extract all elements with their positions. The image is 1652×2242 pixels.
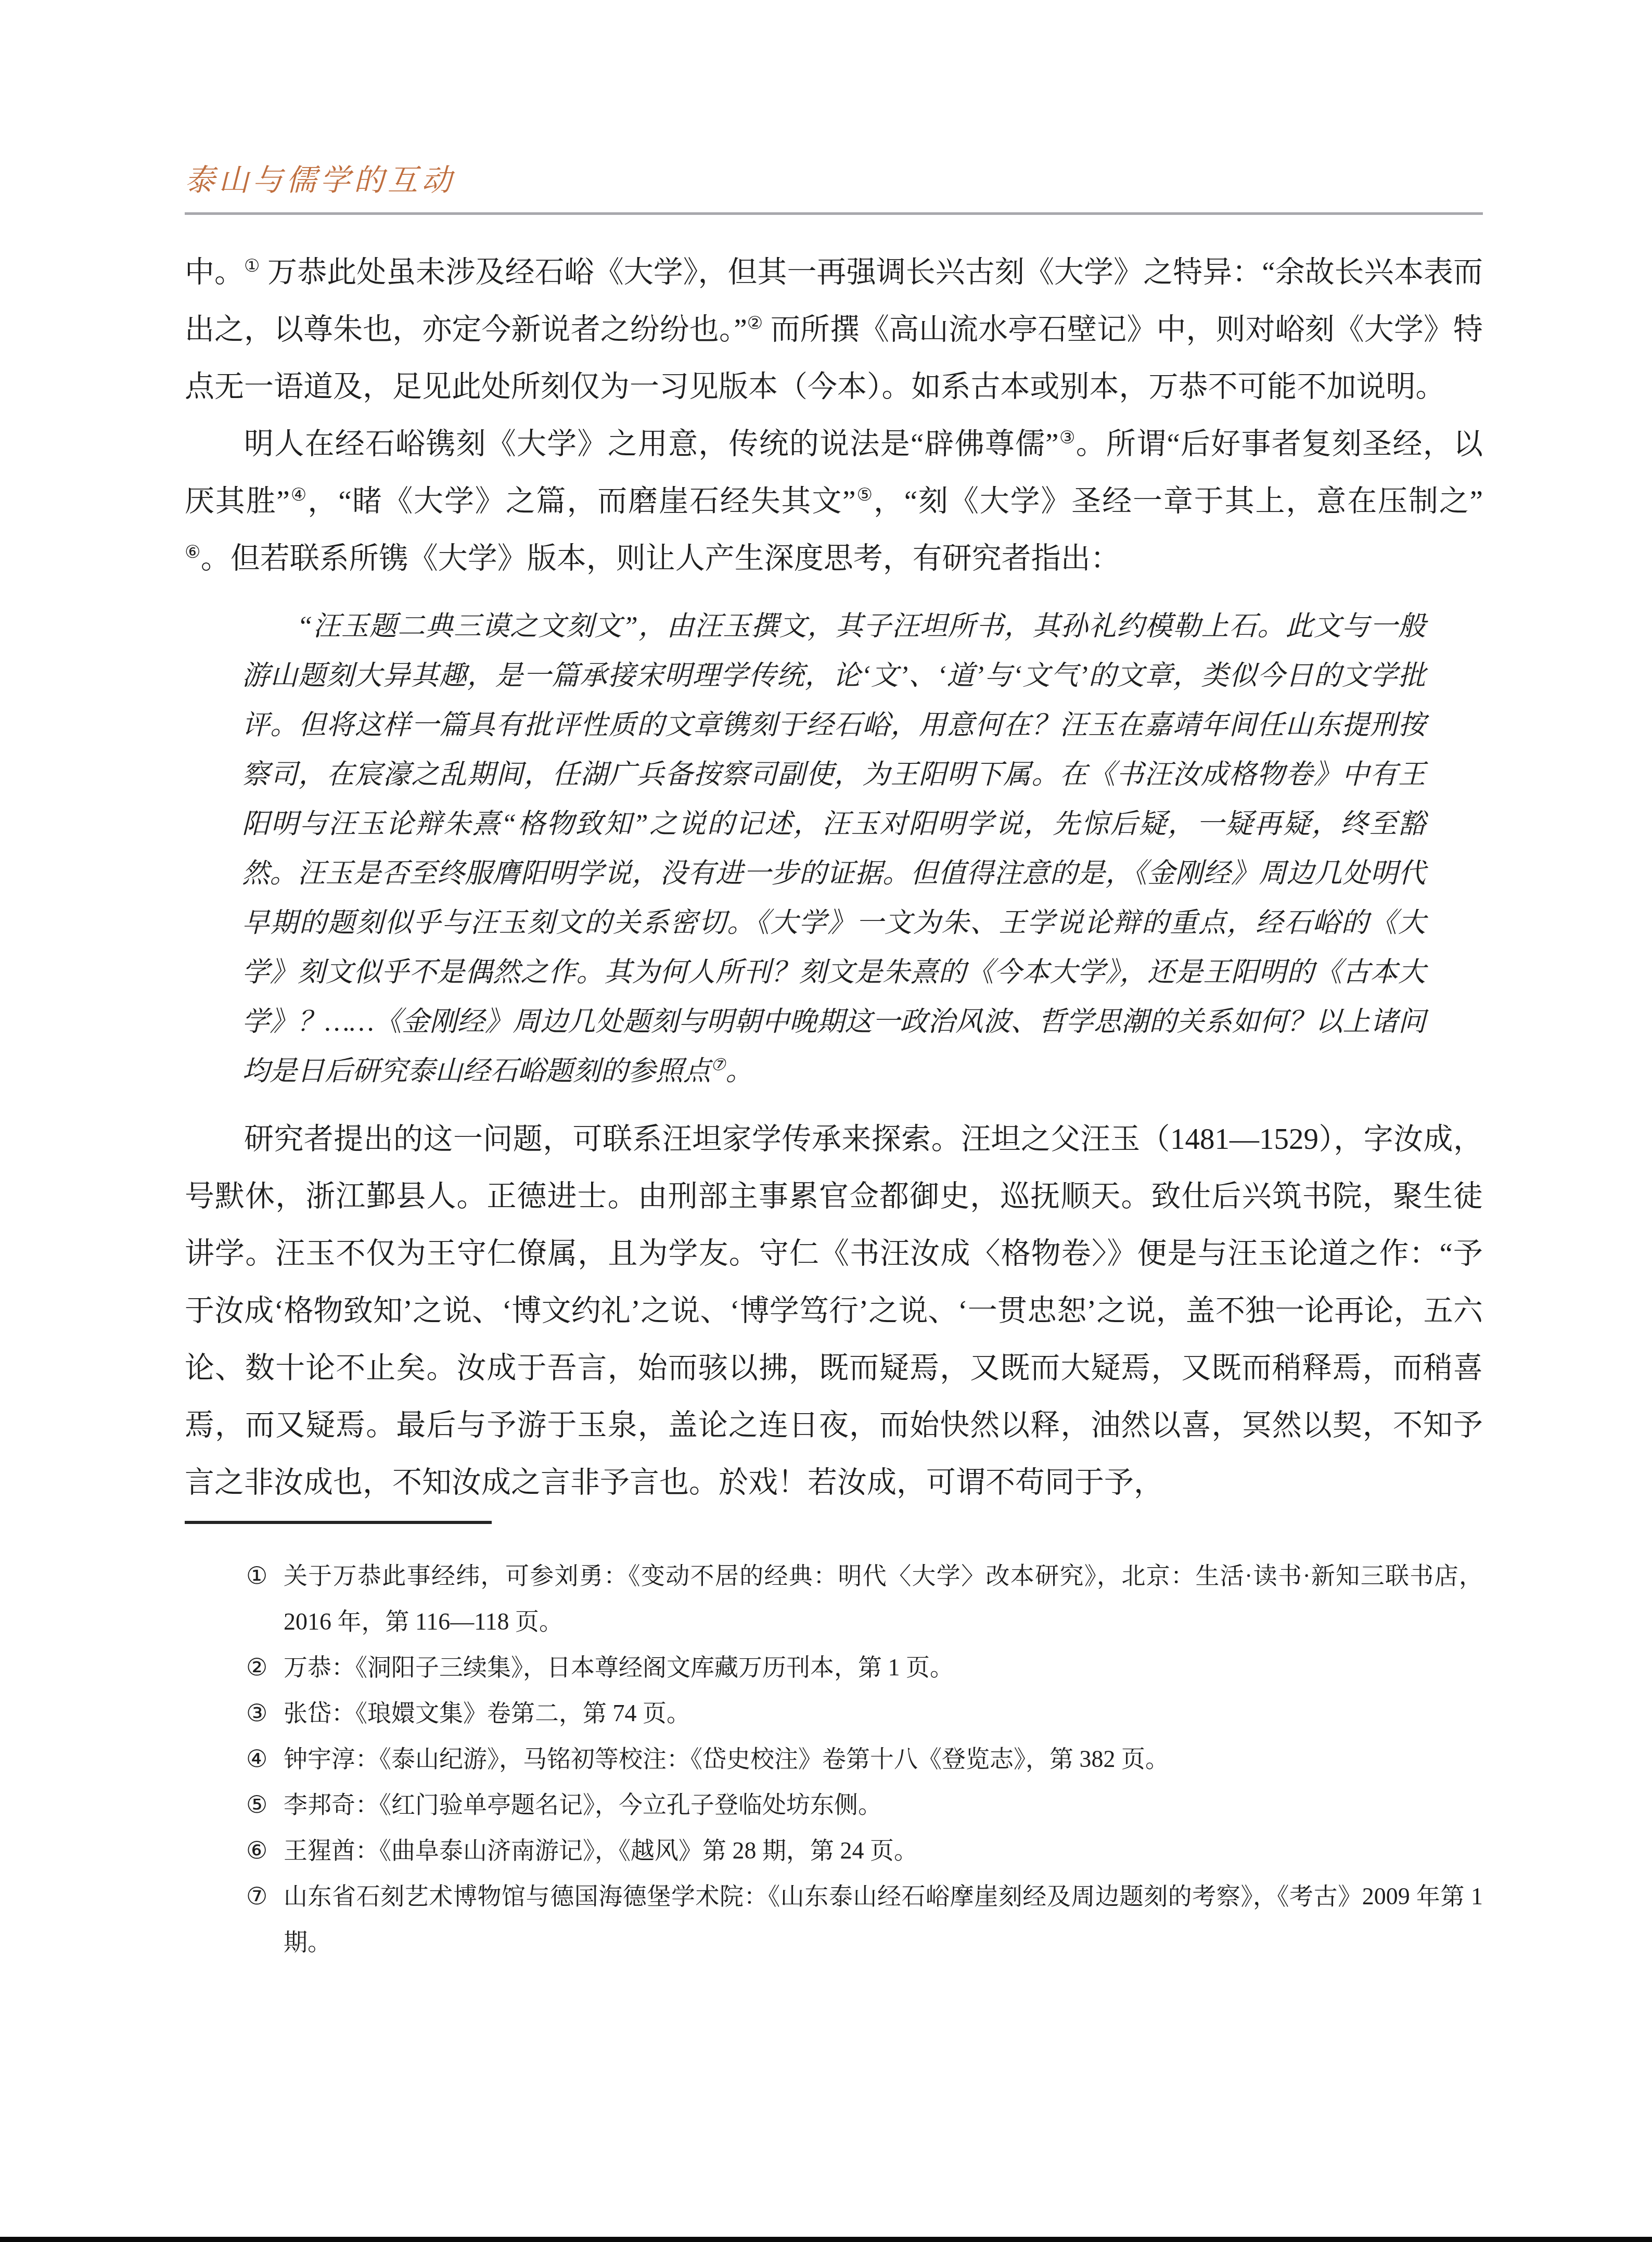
- footnote-marker: ②: [246, 1645, 267, 1690]
- book-page: 泰山与儒学的互动 中。① 万恭此处虽未涉及经石峪《大学》，但其一再强调长兴古刻《…: [0, 0, 1652, 2242]
- text-run: “汪玉题二典三谟之文刻文”，由汪玉撰文，其子汪坦所书，其孙礼约模勒上石。此文与一…: [242, 611, 1426, 1086]
- paragraph: 研究者提出的这一问题，可联系汪坦家学传承来探索。汪坦之父汪玉（1481—1529…: [185, 1111, 1483, 1511]
- footnote-item: ① 关于万恭此事经纬，可参刘勇：《变动不居的经典：明代〈大学〉改本研究》，北京：…: [185, 1553, 1483, 1645]
- footnote-text: 万恭：《洞阳子三续集》，日本尊经阁文库藏万历刊本，第 1 页。: [284, 1654, 954, 1681]
- footnote-ref: ①: [244, 257, 260, 276]
- footnote-item: ④ 钟宇淳：《泰山纪游》，马铭初等校注：《岱史校注》卷第十八《登览志》，第 38…: [185, 1736, 1483, 1782]
- footnote-ref: ③: [1059, 428, 1076, 447]
- footnote-text: 李邦奇：《红门验单亭题名记》，今立孔子登临处坊东侧。: [284, 1791, 882, 1818]
- footnote-marker: ①: [246, 1553, 267, 1599]
- footnote-marker: ⑥: [246, 1828, 267, 1874]
- running-header: 泰山与儒学的互动: [185, 162, 1483, 199]
- text-run: 研究者提出的这一问题，可联系汪坦家学传承来探索。汪坦之父汪玉（1481—1529…: [185, 1123, 1483, 1499]
- footnote-text: 张岱：《琅嬛文集》卷第二，第 74 页。: [284, 1700, 690, 1726]
- paragraph: 明人在经石峪镌刻《大学》之用意，传统的说法是“辟佛尊儒”③。所谓“后好事者复刻圣…: [185, 416, 1483, 587]
- text-run: 。但若联系所镌《大学》版本，则让人产生深度思考，有研究者指出：: [201, 542, 1120, 575]
- footnote-marker: ③: [246, 1690, 267, 1736]
- footnote-item: ⑥ 王猩酋：《曲阜泰山济南游记》，《越风》第 28 期，第 24 页。: [185, 1828, 1483, 1874]
- text-run: ，“刻《大学》圣经一章于其上，意在压制之”: [874, 485, 1483, 518]
- footnote-ref: ⑥: [185, 543, 201, 562]
- footnote-text: 钟宇淳：《泰山纪游》，马铭初等校注：《岱史校注》卷第十八《登览志》，第 382 …: [284, 1746, 1169, 1772]
- text-run: 中。: [185, 256, 244, 289]
- footnote-item: ③ 张岱：《琅嬛文集》卷第二，第 74 页。: [185, 1690, 1483, 1736]
- footnote-item: ⑤ 李邦奇：《红门验单亭题名记》，今立孔子登临处坊东侧。: [185, 1782, 1483, 1828]
- footnote-marker: ⑦: [246, 1874, 267, 1919]
- text-run: 。: [726, 1056, 753, 1086]
- footnote-ref: ④: [290, 485, 308, 505]
- header-rule: [185, 212, 1483, 215]
- footnote-marker: ⑤: [246, 1782, 267, 1828]
- footnote-item: ⑦ 山东省石刻艺术博物馆与德国海德堡学术院：《山东泰山经石峪摩崖刻经及周边题刻的…: [185, 1874, 1483, 1965]
- page-bottom-edge: [0, 2237, 1652, 2242]
- text-run: 明人在经石峪镌刻《大学》之用意，传统的说法是“辟佛尊儒”: [244, 428, 1059, 460]
- footnote-separator: [185, 1521, 492, 1524]
- running-header-title: 泰山与儒学的互动: [185, 163, 455, 197]
- paragraph: 中。① 万恭此处虽未涉及经石峪《大学》，但其一再强调长兴古刻《大学》之特异：“余…: [185, 244, 1483, 416]
- footnote-ref: ②: [747, 314, 763, 333]
- footnote-item: ② 万恭：《洞阳子三续集》，日本尊经阁文库藏万历刊本，第 1 页。: [185, 1645, 1483, 1690]
- block-quote: “汪玉题二典三谟之文刻文”，由汪玉撰文，其子汪坦所书，其孙礼约模勒上石。此文与一…: [242, 602, 1426, 1096]
- body-text: 中。① 万恭此处虽未涉及经石峪《大学》，但其一再强调长兴古刻《大学》之特异：“余…: [185, 244, 1483, 1511]
- footnote-text: 关于万恭此事经纬，可参刘勇：《变动不居的经典：明代〈大学〉改本研究》，北京：生活…: [284, 1562, 1483, 1635]
- text-run: ，“睹《大学》之篇，而磨崖石经失其文”: [308, 485, 855, 518]
- footnote-text: 王猩酋：《曲阜泰山济南游记》，《越风》第 28 期，第 24 页。: [284, 1837, 918, 1864]
- footnote-ref: ⑦: [711, 1056, 726, 1074]
- footnote-text: 山东省石刻艺术博物馆与德国海德堡学术院：《山东泰山经石峪摩崖刻经及周边题刻的考察…: [284, 1883, 1483, 1955]
- footnote-marker: ④: [246, 1736, 267, 1782]
- footnotes: ① 关于万恭此事经纬，可参刘勇：《变动不居的经典：明代〈大学〉改本研究》，北京：…: [185, 1553, 1483, 1965]
- footnote-ref: ⑤: [856, 485, 874, 505]
